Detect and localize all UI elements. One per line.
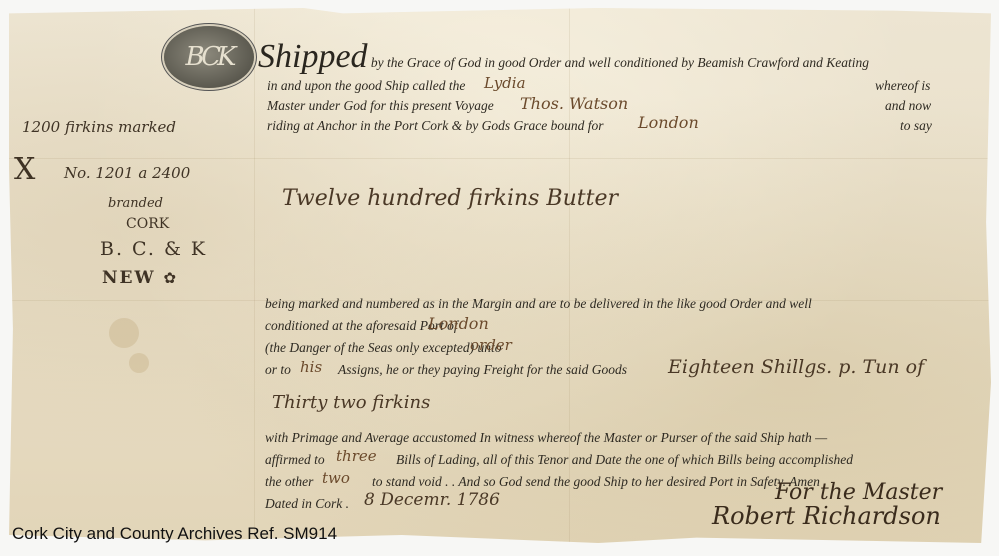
margin-cork: CORK: [126, 216, 169, 232]
master-name: Thos. Watson: [520, 94, 628, 113]
monogram-seal-icon: BCK: [164, 26, 254, 88]
body-line-4b: Assigns, he or they paying Freight for t…: [338, 362, 627, 378]
void-count: two: [322, 469, 350, 487]
body-line-7a: the other: [265, 474, 313, 490]
body-line-5: with Primage and Average accustomed In w…: [265, 430, 827, 446]
cargo-description: Twelve hundred firkins Butter: [282, 186, 618, 211]
unto-order: order: [470, 336, 512, 354]
margin-branded: branded: [108, 196, 163, 211]
body-line-6a: affirmed to: [265, 452, 325, 468]
seal-monogram: BCK: [186, 42, 233, 72]
margin-mark-x: X: [14, 152, 35, 187]
signature-name: Robert Richardson: [712, 502, 941, 530]
body-line-6b: Bills of Lading, all of this Tenor and D…: [396, 452, 853, 468]
body-line-1: being marked and numbered as in the Marg…: [265, 296, 812, 312]
header-line-3: Master under God for this present Voyage: [267, 98, 494, 114]
body-line-8: Dated in Cork .: [265, 496, 349, 512]
shipped-heading: Shipped: [258, 38, 368, 75]
delivery-port: London: [428, 314, 489, 333]
freight-rate: Eighteen Shillgs. p. Tun of: [668, 356, 924, 378]
header-line-1-text: by the Grace of God in good Order and we…: [371, 55, 869, 70]
flower-mark-icon: ✿: [164, 269, 179, 287]
destination: London: [638, 113, 699, 132]
header-line-1: Shipped by the Grace of God in good Orde…: [258, 38, 869, 76]
margin-initials: B. C. & K: [100, 238, 207, 260]
margin-new-text: NEW: [102, 268, 156, 288]
margin-new: NEW ✿: [102, 268, 178, 288]
body-line-3: (the Danger of the Seas only excepted) u…: [265, 340, 502, 356]
header-line-2: in and upon the good Ship called the: [267, 78, 465, 94]
header-line-4-end: to say: [900, 118, 932, 134]
margin-numbers: No. 1201 a 2400: [64, 164, 190, 182]
body-line-4a: or to: [265, 362, 291, 378]
date-written: 8 Decemr. 1786: [364, 490, 500, 510]
ship-name: Lydia: [484, 74, 526, 92]
margin-firkins: 1200 firkins marked: [22, 118, 176, 136]
archive-reference-caption: Cork City and County Archives Ref. SM914: [12, 524, 337, 544]
header-line-3-end: and now: [885, 98, 931, 114]
header-line-4: riding at Anchor in the Port Cork & by G…: [267, 118, 604, 134]
freight-rate-2: Thirty two firkins: [272, 392, 430, 413]
header-line-2-end: whereof is: [875, 78, 930, 94]
body-line-7b: to stand void . . And so God send the go…: [372, 474, 820, 490]
bills-count: three: [336, 447, 377, 465]
assigns-his: his: [300, 358, 322, 376]
